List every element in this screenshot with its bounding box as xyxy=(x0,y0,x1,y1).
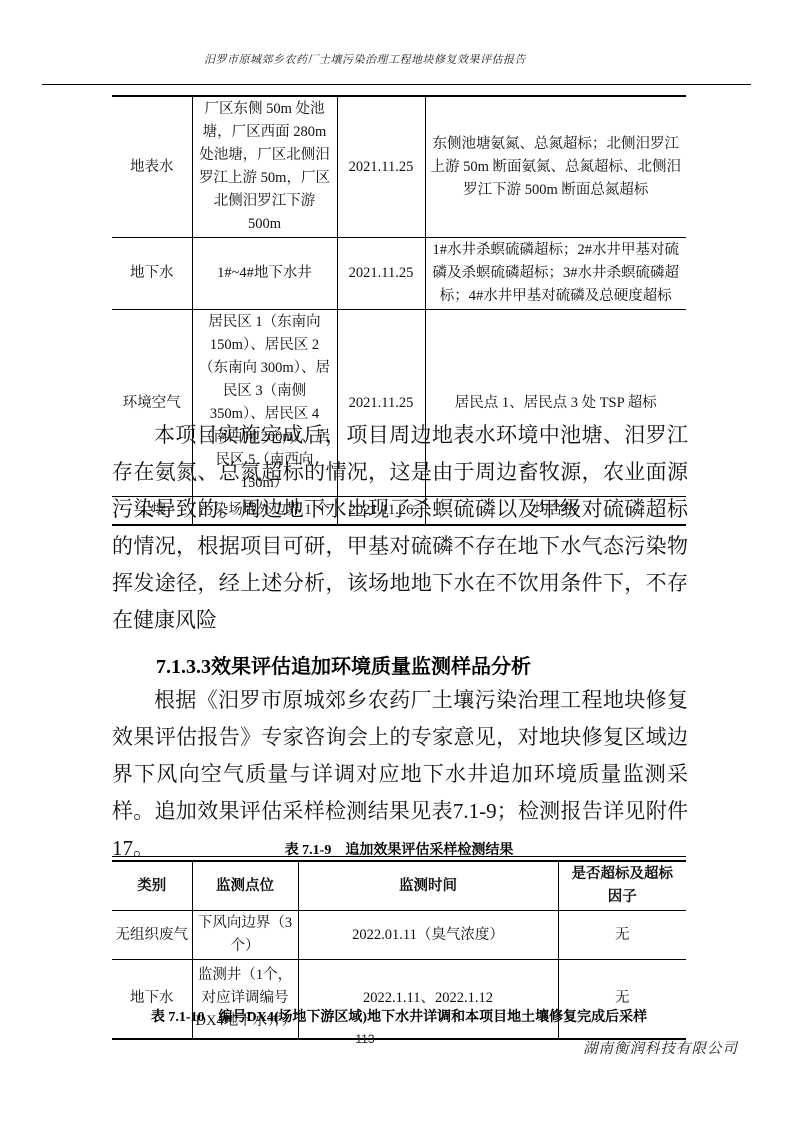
time-cell: 2022.1.11、2022.1.12 xyxy=(298,960,558,1039)
footer-company-name: 湖南衡润科技有限公司 xyxy=(583,1037,738,1058)
table-header-row: 类别 监测点位 监测时间 是否超标及超标 因子 xyxy=(112,861,686,911)
exceed-cell: 无 xyxy=(558,911,686,960)
category-cell: 地表水 xyxy=(112,96,192,238)
category-cell: 无组织废气 xyxy=(112,911,192,960)
date-cell: 2021.11.25 xyxy=(337,238,425,310)
category-cell: 地下水 xyxy=(112,960,192,1039)
category-cell: 地下水 xyxy=(112,238,192,310)
page-header-title: 汨罗市原城郊乡农药厂土壤污染治理工程地块修复效果评估报告 xyxy=(40,51,690,67)
report-page: 汨罗市原城郊乡农药厂土壤污染治理工程地块修复效果评估报告 地表水 厂区东侧 50… xyxy=(0,0,793,1122)
table-row-surface-water: 地表水 厂区东侧 50m 处池塘，厂区西面 280m 处池塘，厂区北侧汨罗江上游… xyxy=(112,96,686,238)
header-monitoring-point: 监测点位 xyxy=(192,861,298,911)
points-cell: 厂区东侧 50m 处池塘，厂区西面 280m 处池塘，厂区北侧汨罗江上游 50m… xyxy=(192,96,337,238)
point-cell: 监测井（1个，对应详调编号DX4地下水井） xyxy=(192,960,298,1039)
body-paragraph-1: 本项目实施完成后，项目周边地表水环境中池塘、汨罗江存在氨氮、总氮超标的情况，这是… xyxy=(112,417,688,639)
header-divider xyxy=(42,84,751,85)
table-row-fugitive-gas: 无组织废气 下风向边界（3个） 2022.01.11（臭气浓度） 无 xyxy=(112,911,686,960)
date-cell: 2021.11.25 xyxy=(337,96,425,238)
exceed-cell: 无 xyxy=(558,960,686,1039)
point-cell: 下风向边界（3个） xyxy=(192,911,298,960)
header-exceedance-factor: 是否超标及超标 因子 xyxy=(558,861,686,911)
section-heading-7133: 7.1.3.3效果评估追加环境质量监测样品分析 xyxy=(112,650,732,679)
header-monitoring-time: 监测时间 xyxy=(298,861,558,911)
header-category: 类别 xyxy=(112,861,192,911)
table-row-groundwater-2: 地下水 监测井（1个，对应详调编号DX4地下水井） 2022.1.11、2022… xyxy=(112,960,686,1039)
result-cell: 东侧池塘氨氮、总氮超标；北侧汨罗江上游 50m 断面氨氮、总氮超标、北侧汨罗江下… xyxy=(425,96,686,238)
points-cell: 1#~4#地下水井 xyxy=(192,238,337,310)
time-cell: 2022.01.11（臭气浓度） xyxy=(298,911,558,960)
result-cell: 1#水井杀螟硫磷超标；2#水井甲基对硫磷及杀螟硫磷超标；3#水井杀螟硫磷超标；4… xyxy=(425,238,686,310)
table-row-groundwater: 地下水 1#~4#地下水井 2021.11.25 1#水井杀螟硫磷超标；2#水井… xyxy=(112,238,686,310)
table-caption-7-1-10: 表 7.1-10 编号DX4(场地下游区域)地下水井详调和本项目地土壤修复完成后… xyxy=(112,1006,686,1026)
